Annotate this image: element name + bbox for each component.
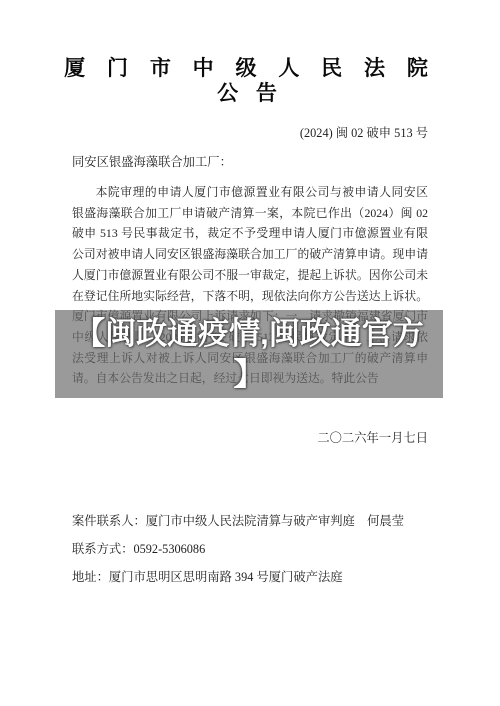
court-announcement-page: 厦 门 市 中 级 人 民 法 院 公 告 (2024) 闽 02 破申 513… xyxy=(0,0,500,706)
body-line: 破申 513 号民事裁定书，裁定不予受理申请人厦门市億源置业有限 xyxy=(72,223,428,244)
body-line: 银盛海藻联合加工厂申请破产清算一案，本院已作出（2024）闽 02 xyxy=(72,203,428,224)
court-name: 厦 门 市 中 级 人 民 法 院 xyxy=(0,57,500,81)
watermark-text-line1: 【闽政通疫情,闽政通官方 xyxy=(74,313,424,354)
contact-info: 案件联系人：厦门市中级人民法院清算与破产审判庭 何晨莹 联系方式：0592-53… xyxy=(72,513,472,597)
addressee: 同安区银盛海藻联合加工厂： xyxy=(72,154,428,170)
spam-watermark-overlay: 【闽政通疫情,闽政通官方 】 xyxy=(55,310,443,398)
body-line: 本院审理的申请人厦门市億源置业有限公司与被申请人同安区 xyxy=(72,182,428,203)
contact-phone: 联系方式：0592-5306086 xyxy=(72,541,472,557)
announcement-date: 二〇二六年一月七日 xyxy=(72,430,428,446)
body-line: 公司对被申请人同安区银盛海藻联合加工厂的破产清算申请。现申请 xyxy=(72,244,428,265)
body-line: 在登记住所地实际经营，下落不明，现依法向你方公告送达上诉状。 xyxy=(72,286,428,307)
body-line: 人厦门市億源置业有限公司不服一审裁定，提起上诉状。因你公司未 xyxy=(72,265,428,286)
case-number: (2024) 闽 02 破申 513 号 xyxy=(72,126,428,141)
document-type: 公 告 xyxy=(0,82,500,106)
document-title: 厦 门 市 中 级 人 民 法 院 公 告 xyxy=(0,57,500,106)
contact-address: 地址：厦门市思明区思明南路 394 号厦门破产法庭 xyxy=(72,569,472,585)
contact-person: 案件联系人：厦门市中级人民法院清算与破产审判庭 何晨莹 xyxy=(72,513,472,529)
watermark-text-line2: 】 xyxy=(234,354,265,395)
